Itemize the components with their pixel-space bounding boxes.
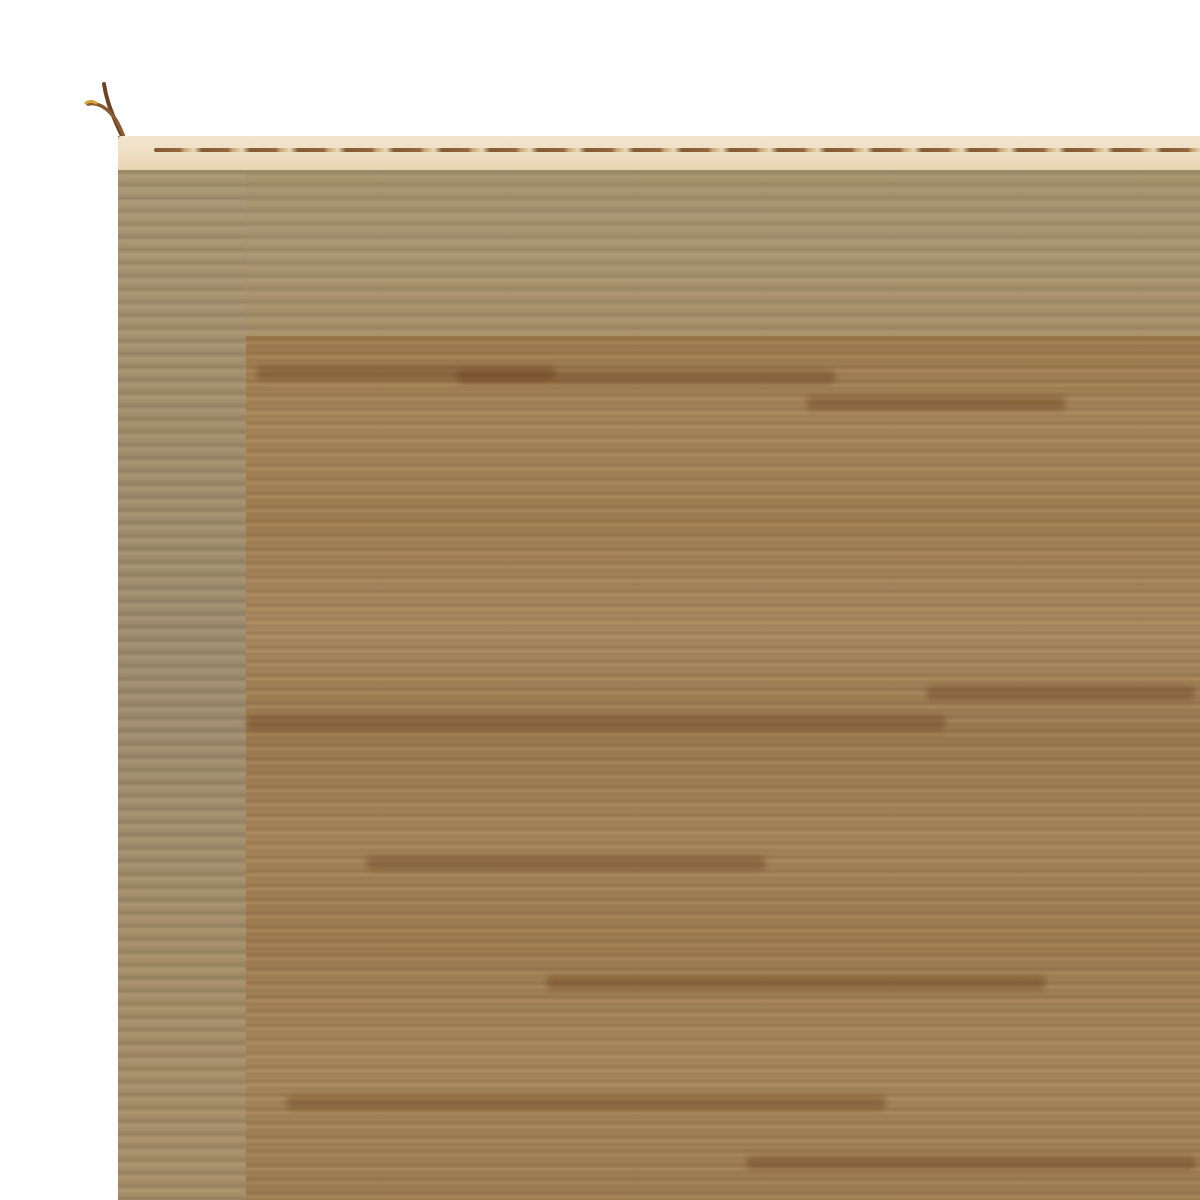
rug-top-border bbox=[118, 168, 1200, 336]
product-photo bbox=[0, 0, 1200, 1200]
rug-left-border bbox=[118, 168, 246, 1200]
abrash-stripe bbox=[246, 716, 946, 730]
abrash-stripe bbox=[926, 686, 1196, 700]
abrash-stripe bbox=[456, 370, 836, 384]
abrash-stripe bbox=[366, 856, 766, 870]
selvage-stitch bbox=[154, 148, 1200, 152]
abrash-stripe bbox=[546, 976, 1046, 990]
abrash-stripe bbox=[806, 396, 1066, 410]
rug bbox=[118, 136, 1200, 1200]
rug-field bbox=[246, 336, 1200, 1200]
rug-selvage bbox=[118, 136, 1200, 170]
abrash-stripe bbox=[746, 1156, 1196, 1170]
abrash-stripe bbox=[286, 1096, 886, 1110]
